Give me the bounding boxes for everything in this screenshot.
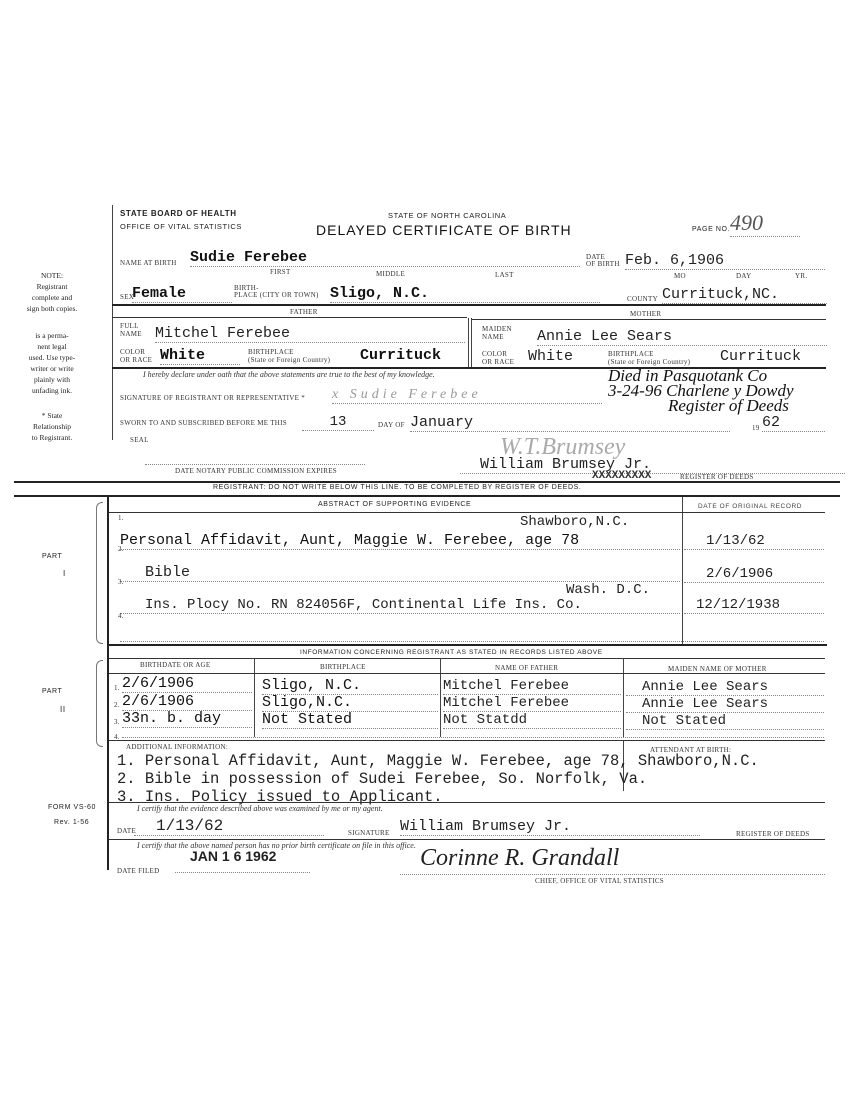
sworn-label: SWORN TO AND SUBSCRIBED BEFORE ME THIS (120, 419, 287, 427)
sworn-day: 13 (302, 414, 374, 431)
seal-label: SEAL (130, 436, 149, 444)
row-birthdate: 33n. b. day (122, 710, 252, 728)
part1-number: I (63, 569, 66, 578)
rule (109, 512, 825, 513)
divider (471, 318, 472, 368)
sidebar-permanent-note: is a perma- nent legal used. Use type- w… (2, 330, 102, 396)
birthplace-label-line: PLACE (City or Town) (234, 292, 319, 299)
state-name: STATE OF NORTH CAROLINA (388, 211, 506, 220)
board-name: STATE BOARD OF HEALTH (120, 209, 237, 218)
note-line: complete and (2, 292, 102, 303)
signature-label: SIGNATURE OF REGISTRANT OR REPRESENTATIV… (120, 394, 305, 402)
father-section-label: FATHER (290, 308, 318, 316)
label-line: OR RACE (482, 358, 514, 366)
part2-label: PART (42, 688, 62, 695)
row-birthplace: Not Stated (262, 711, 438, 729)
col-divider (254, 659, 255, 737)
cert-register-label: REGISTER OF DEEDS (736, 830, 810, 838)
col-divider (440, 659, 441, 737)
rule (109, 673, 825, 674)
name-at-birth-label: NAME AT BIRTH (120, 259, 177, 267)
part2-number: II (60, 705, 66, 714)
form-number: FORM VS-60 (48, 804, 96, 811)
mother-name-label: MAIDEN NAME (482, 325, 512, 341)
note-line: used. Use type- (2, 352, 102, 363)
col-divider (623, 659, 624, 737)
additional-line-1: 1. Personal Affidavit, Aunt, Maggie W. F… (117, 752, 759, 770)
row-number: 2. (114, 701, 120, 709)
note-line: is a perma- (2, 330, 102, 341)
examined-certification: I certify that the evidence described ab… (137, 804, 383, 813)
date-filed-line (175, 872, 310, 873)
annotation-line: Register of Deeds (608, 398, 794, 413)
note-line: Relationship (2, 421, 102, 432)
registrant-signature: x Sudie Ferebee (332, 387, 602, 404)
register-label: REGISTER OF DEEDS (680, 473, 754, 481)
chief-signature-line (400, 874, 825, 875)
mother-color-label: COLOR OR RACE (482, 350, 514, 366)
dob-label-line: OF BIRTH (586, 261, 620, 268)
item-text: Bible (120, 564, 680, 582)
col-header-mother: MAIDEN NAME OF MOTHER (668, 665, 767, 673)
row-number: 1. (114, 684, 120, 692)
last-label: LAST (495, 271, 514, 279)
mo-label: MO (674, 272, 686, 280)
item-note: Wash. D.C. (566, 582, 650, 598)
name-at-birth-value: Sudie Ferebee (190, 249, 580, 267)
date-filed-stamp: JAN 1 6 1962 (190, 848, 276, 864)
dob-value: Feb. 6,1906 (625, 252, 825, 270)
mother-birthplace-value: Currituck (720, 348, 801, 365)
middle-label: MIDDLE (376, 270, 405, 278)
item-date: 2/6/1906 (684, 566, 824, 583)
part1-date-header: DATE OF ORIGINAL RECORD (698, 503, 802, 510)
label-line: BIRTHPLACE (608, 350, 690, 358)
birthplace-value: Sligo, N.C. (330, 285, 600, 303)
page-number: 490 (730, 210, 800, 237)
notary-line (145, 464, 365, 465)
sworn-month: January (410, 414, 730, 432)
mother-name-value: Annie Lee Sears (537, 328, 827, 346)
chief-label: CHIEF, OFFICE OF VITAL STATISTICS (535, 877, 664, 885)
item-line (120, 641, 824, 642)
col-header-birthdate: BIRTHDATE OR AGE (140, 661, 211, 669)
item-date: 1/13/62 (684, 533, 824, 550)
row-number: 3. (114, 718, 120, 726)
divider-instruction: REGISTRANT: DO NOT WRITE BELOW THIS LINE… (213, 484, 581, 491)
part1-label: PART (42, 553, 62, 560)
note-line: nent legal (2, 341, 102, 352)
notary-label: DATE NOTARY PUBLIC COMMISSION EXPIRES (175, 467, 337, 475)
note-line: Registrant (2, 281, 102, 292)
rule (109, 658, 825, 659)
item-text: Ins. Plocy No. RN 824056F, Continental L… (120, 597, 680, 614)
sex-value: Female (132, 285, 232, 303)
additional-info-label: ADDITIONAL INFORMATION: (126, 743, 228, 751)
rule (14, 495, 840, 497)
father-name-label: FULL NAME (120, 322, 142, 338)
cert-signature-label: SIGNATURE (348, 829, 390, 837)
rule (14, 481, 840, 483)
col-header-birthplace: BIRTHPLACE (320, 663, 366, 671)
day-of-label: DAY OF (378, 421, 405, 429)
mother-section-label: MOTHER (630, 310, 661, 318)
label-line: OR RACE (120, 356, 152, 364)
form-revision: Rev. 1-56 (54, 819, 89, 826)
rule (472, 319, 826, 320)
left-border (112, 205, 113, 440)
day-label: DAY (736, 272, 751, 280)
rule (112, 304, 826, 306)
sidebar-note: NOTE: Registrant complete and sign both … (2, 270, 102, 314)
additional-line-2: 2. Bible in possession of Sudei Ferebee,… (117, 770, 647, 788)
row-mother: Annie Lee Sears (626, 679, 824, 696)
sworn-year: 62 (762, 414, 825, 432)
row-birthdate: 2/6/1906 (122, 675, 252, 693)
part2-header: INFORMATION CONCERNING REGISTRANT AS STA… (300, 649, 603, 656)
label-line: (State or Foreign Country) (608, 358, 690, 366)
part2-left-border (107, 645, 109, 870)
part1-header: ABSTRACT OF SUPPORTING EVIDENCE (318, 501, 471, 508)
father-color-label: COLOR OR RACE (120, 348, 152, 364)
rule (109, 839, 825, 840)
row-birthplace: Sligo,N.C. (262, 694, 438, 712)
chief-signature: Corinne R. Grandall (420, 845, 619, 872)
label-line: MAIDEN (482, 325, 512, 333)
label-line: FULL (120, 322, 142, 330)
row-mother: Not Stated (626, 713, 824, 730)
label-line: BIRTHPLACE (248, 348, 330, 356)
date-filed-label: DATE FILED (117, 867, 159, 875)
document-title: DELAYED CERTIFICATE OF BIRTH (316, 222, 572, 238)
cert-date-value: 1/13/62 (134, 817, 324, 836)
father-name-value: Mitchel Ferebee (155, 325, 465, 343)
item-number: 1. (118, 514, 124, 522)
dob-label: DATE OF BIRTH (586, 254, 620, 268)
divider (468, 318, 469, 368)
item-number: 4. (118, 612, 124, 620)
note-line: sign both copies. (2, 303, 102, 314)
cert-signature-value: William Brumsey Jr. (400, 818, 700, 836)
row-birthdate: 2/6/1906 (122, 693, 252, 711)
item-text: Personal Affidavit, Aunt, Maggie W. Fere… (120, 532, 680, 550)
first-label: FIRST (270, 268, 291, 276)
label-line: NAME (482, 333, 512, 341)
item-number: 3. (118, 578, 124, 586)
note-line: unfading ink. (2, 385, 102, 396)
note-title: NOTE: (2, 270, 102, 281)
item-number: 2. (118, 545, 124, 553)
page-no-label: PAGE NO. (692, 226, 730, 233)
label-line: NAME (120, 330, 142, 338)
row-mother: Annie Lee Sears (626, 696, 824, 713)
office-name: OFFICE OF VITAL STATISTICS (120, 222, 242, 231)
register-signature: William Brumsey Jr. (460, 456, 845, 474)
mother-birthplace-label: BIRTHPLACE (State or Foreign Country) (608, 350, 690, 366)
father-color-value: White (160, 347, 240, 365)
label-line: (State or Foreign Country) (248, 356, 330, 364)
note-line: * State (2, 410, 102, 421)
father-birthplace-label: BIRTHPLACE (State or Foreign Country) (248, 348, 330, 364)
part2-brace (96, 660, 103, 747)
yr-label: YR. (795, 272, 807, 280)
father-birthplace-value: Currituck (360, 347, 441, 364)
no-prior-certification: I certify that the above named person ha… (137, 841, 416, 850)
row-father: Mitchel Ferebee (443, 678, 621, 695)
handwritten-annotation: Died in Pasquotank Co 3-24-96 Charlene y… (608, 368, 794, 413)
oath-declaration: I hereby declare under oath that the abo… (143, 370, 435, 379)
note-line: to Registrant. (2, 432, 102, 443)
part1-left-border (107, 497, 109, 645)
rule (112, 317, 467, 318)
row-birthplace: Sligo, N.C. (262, 677, 438, 695)
note-line: plainly with (2, 374, 102, 385)
rule (109, 802, 825, 803)
year-prefix: 19 (752, 424, 760, 432)
sidebar-state-note: * State Relationship to Registrant. (2, 410, 102, 443)
row-father: Mitchel Ferebee (443, 695, 621, 712)
county-label: COUNTY (627, 295, 658, 303)
item-note: Shawboro,N.C. (520, 514, 629, 530)
part1-brace (96, 502, 103, 644)
col-header-father: NAME OF FATHER (495, 664, 558, 672)
row-father: Not Statdd (443, 712, 621, 729)
rule (109, 740, 825, 741)
mother-color-value: White (528, 348, 573, 365)
label-line: COLOR (482, 350, 514, 358)
note-line: writer or write (2, 363, 102, 374)
part1-date-divider (682, 497, 683, 645)
county-value: Currituck,NC. (662, 286, 827, 304)
rule (107, 644, 827, 646)
birthplace-label: BIRTH- PLACE (City or Town) (234, 285, 319, 299)
label-line: COLOR (120, 348, 152, 356)
item-date: 12/12/1938 (684, 597, 824, 614)
row-line (122, 737, 824, 738)
